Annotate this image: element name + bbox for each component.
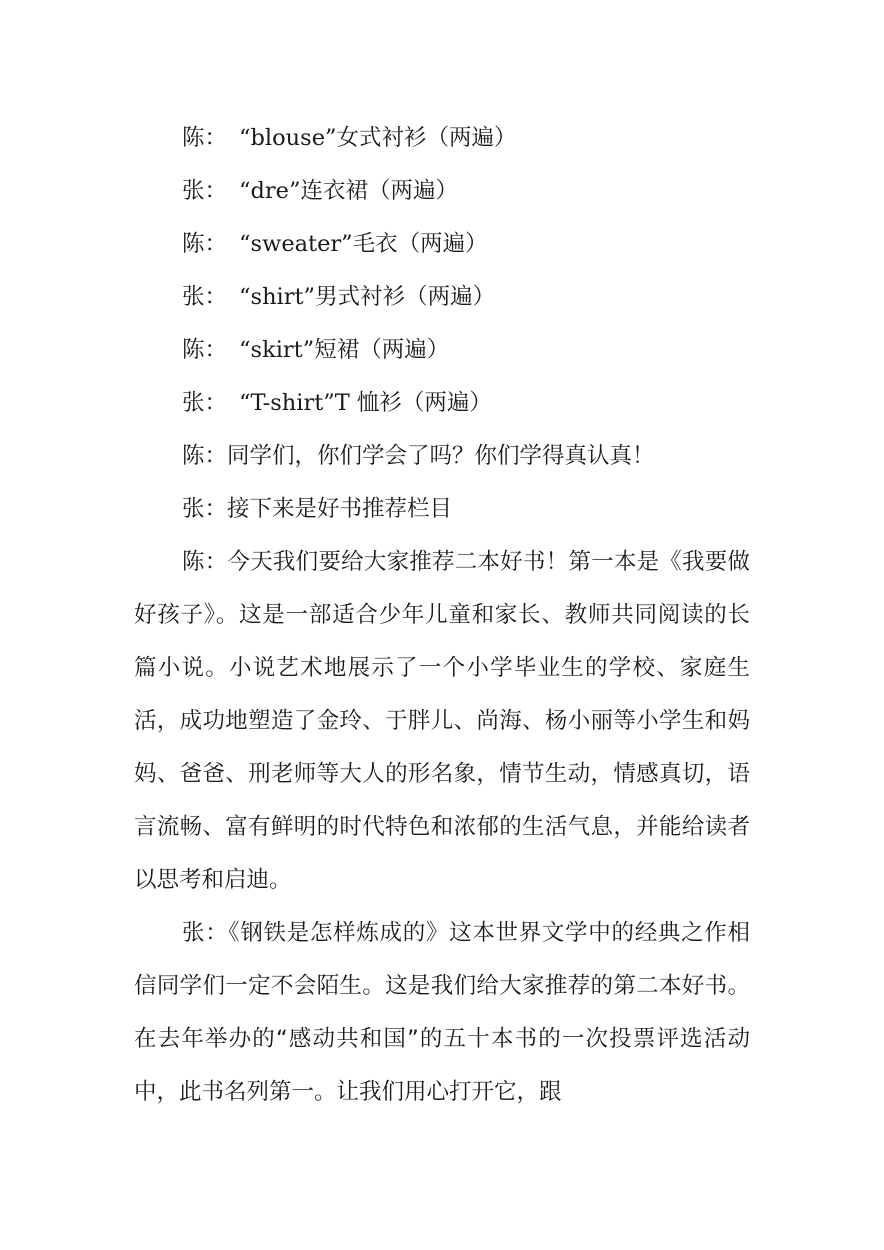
vocab-line: 张：“T-shirt”T 恤衫（两遍） [134, 377, 750, 430]
dialogue-line: 陈：同学们，你们学会了吗？你们学得真认真！ [134, 430, 750, 483]
speaker-label: 张： [182, 377, 227, 430]
speaker-label: 陈： [182, 324, 227, 377]
speaker-label: 陈： [182, 430, 227, 483]
paragraph-text: 《钢铁是怎样炼成的》这本世界文学中的经典之作相信同学们一定不会陌生。这是我们给大… [134, 920, 750, 1105]
vocab-line: 张：“dre”连衣裙（两遍） [134, 165, 750, 218]
vocab-line: 陈：“blouse”女式衬衫（两遍） [134, 112, 750, 165]
paragraph-book-two: 张：《钢铁是怎样炼成的》这本世界文学中的经典之作相信同学们一定不会陌生。这是我们… [134, 907, 750, 1119]
dialogue-text: 接下来是好书推荐栏目 [227, 496, 452, 522]
speaker-label: 张： [182, 483, 227, 536]
document-page: 陈：“blouse”女式衬衫（两遍） 张：“dre”连衣裙（两遍） 陈：“swe… [134, 112, 750, 1119]
term-meaning: 恤衫（两遍） [357, 390, 492, 416]
term-meaning: 男式衬衫（两遍） [315, 284, 495, 310]
term-meaning: 女式衬衫（两遍） [337, 125, 517, 151]
english-term: “shirt” [227, 284, 315, 310]
english-term: “sweater” [227, 231, 353, 257]
speaker-label: 张： [182, 920, 228, 946]
speaker-label: 张： [182, 165, 227, 218]
term-meaning: 短裙（两遍） [314, 337, 449, 363]
english-term: “blouse” [227, 125, 337, 151]
term-meaning: 连衣裙（两遍） [301, 178, 459, 204]
paragraph-text: 今天我们要给大家推荐二本好书！第一本是《我要做好孩子》。这是一部适合少年儿童和家… [134, 549, 750, 893]
vocab-line: 陈：“sweater”毛衣（两遍） [134, 218, 750, 271]
dialogue-text: 同学们，你们学会了吗？你们学得真认真！ [227, 443, 655, 469]
speaker-label: 陈： [182, 218, 227, 271]
dialogue-line: 张：接下来是好书推荐栏目 [134, 483, 750, 536]
paragraph-book-one: 陈：今天我们要给大家推荐二本好书！第一本是《我要做好孩子》。这是一部适合少年儿童… [134, 536, 750, 907]
english-term: “skirt” [227, 337, 314, 363]
speaker-label: 张： [182, 271, 227, 324]
vocab-line: 陈：“skirt”短裙（两遍） [134, 324, 750, 377]
english-term: “T-shirt”T [227, 390, 357, 416]
speaker-label: 陈： [182, 112, 227, 165]
vocab-line: 张：“shirt”男式衬衫（两遍） [134, 271, 750, 324]
english-term: “dre” [227, 178, 300, 204]
speaker-label: 陈： [182, 549, 227, 575]
term-meaning: 毛衣（两遍） [353, 231, 488, 257]
